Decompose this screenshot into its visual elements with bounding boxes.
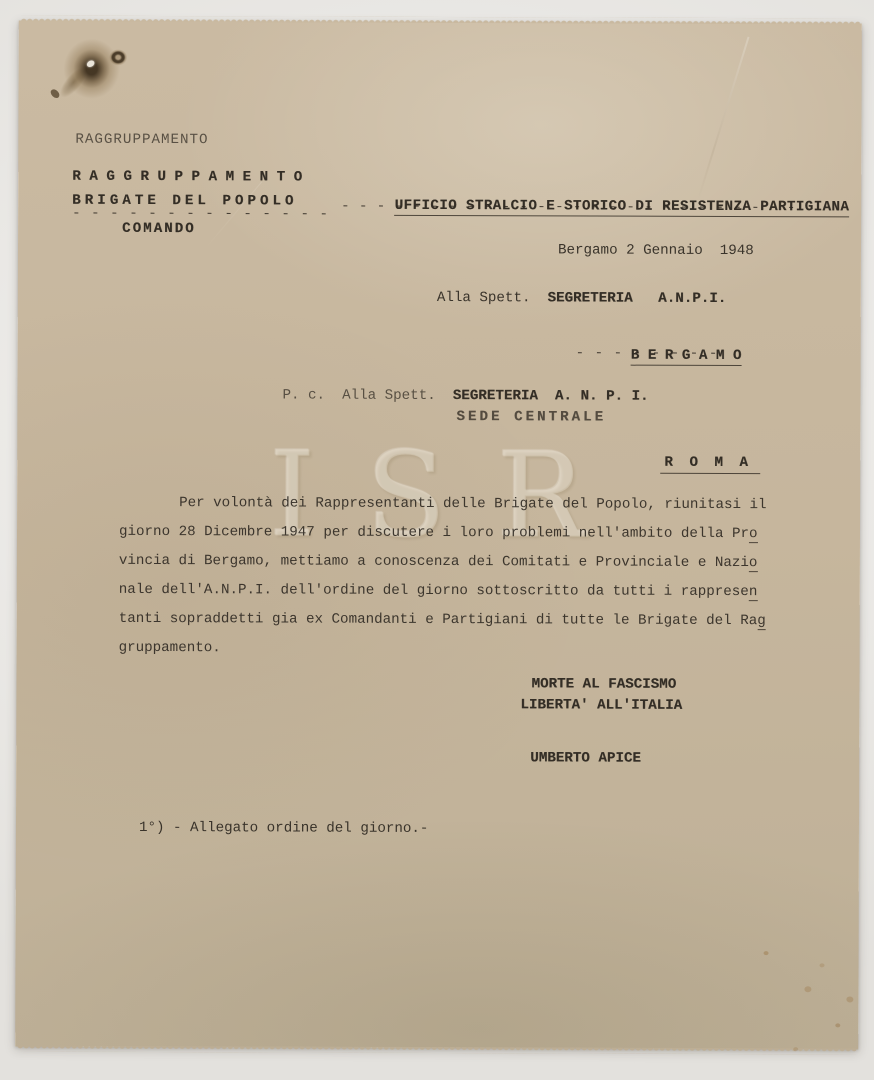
photo-backdrop: ISR RAGGRUPPAMENTO R A G G R U P P A M E… [0, 0, 874, 1080]
perforated-edge-top [21, 16, 860, 25]
body-line: Per volontà dei Rappresentanti delle Bri… [119, 489, 795, 520]
closing-slogan-1: MORTE AL FASCISMO [531, 675, 676, 694]
foxing-spots [764, 951, 769, 955]
dateline: Bergamo 2 Gennaio 1948 [558, 241, 754, 260]
recipient-city-dashes: - - - - - - - - [576, 344, 719, 363]
cc-name: SEGRETERIA A. N. P. I. [453, 388, 649, 405]
sender-command: COMANDO [122, 220, 196, 239]
body-line: nale dell'A.N.P.I. dell'ordine del giorn… [119, 576, 795, 607]
cc-line: P. c. Alla Spett. SEGRETERIA A. N. P. I. [282, 386, 648, 406]
cc-city-text: R O M A [660, 455, 760, 474]
paper-crease [697, 37, 749, 200]
body-line: gruppamento. [119, 634, 795, 665]
recipient-line: Alla Spett. SEGRETERIA A.N.P.I. [437, 289, 727, 308]
rust-stain-ring [109, 49, 128, 66]
perforated-edge-bottom [17, 1046, 856, 1055]
body-line: giorno 28 Dicembre 1947 per discutere i … [119, 518, 795, 549]
rust-stain [64, 39, 120, 99]
cc-city: R O M A [585, 436, 760, 492]
sender-name-stamp: RAGGRUPPAMENTO [75, 131, 208, 150]
document-page: ISR RAGGRUPPAMENTO R A G G R U P P A M E… [15, 21, 862, 1050]
sender-name: R A G G R U P P A M E N T O [72, 168, 302, 187]
cc-prefix: P. c. Alla Spett. [282, 387, 452, 404]
body-line: tanti sopraddetti gia ex Comandanti e Pa… [119, 605, 795, 636]
office-header-dashes: - - - - - - - - - - - - - - - - - - - - … [341, 198, 796, 218]
closing-slogan-2: LIBERTA' ALL'ITALIA [520, 696, 682, 715]
letter-body: Per volontà dei Rappresentanti delle Bri… [119, 489, 796, 665]
signature-name: UMBERTO APICE [530, 749, 641, 768]
cc-office: SEDE CENTRALE [456, 408, 606, 427]
sender-dashes: - - - - - - - - - - - - - - [72, 205, 329, 224]
attachment-note: 1°) - Allegato ordine del giorno.- [139, 819, 429, 838]
recipient-name: SEGRETERIA A.N.P.I. [547, 290, 726, 307]
recipient-prefix: Alla Spett. [437, 290, 548, 306]
body-line: vincia di Bergamo, mettiamo a conoscenza… [119, 547, 795, 578]
